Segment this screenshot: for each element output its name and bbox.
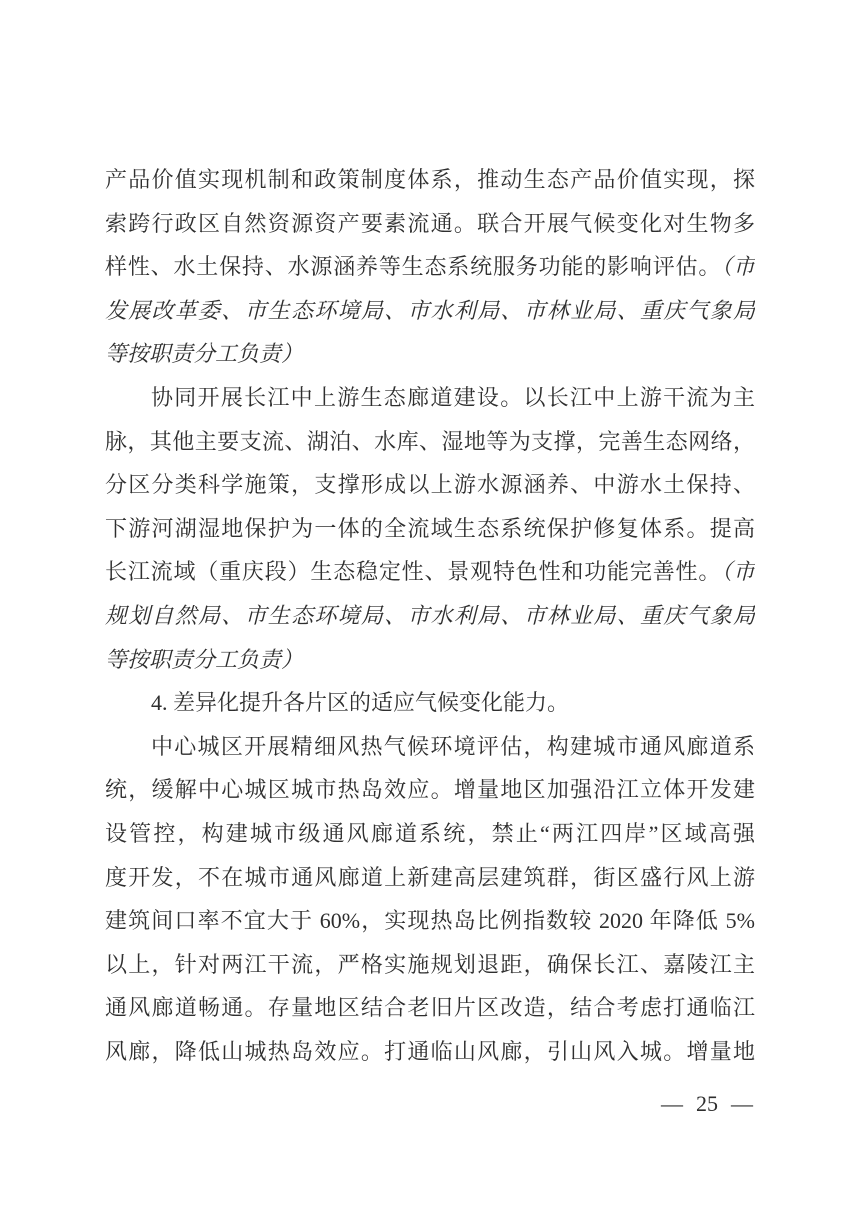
text-segment-kaiti: 规划自然局、市生态环境局、市水利局、市林业局、重庆气象局 <box>105 603 755 628</box>
text-segment-kaiti: （市 <box>721 559 755 584</box>
text-segment-kaiti: 发展改革委、市生态环境局、市水利局、市林业局、重庆气象局 <box>105 298 755 323</box>
text-segment: 设管控，构建城市级通风廊道系统，禁止“两江四岸”区域高强 <box>105 821 755 846</box>
text-segment: 统，缓解中心城区城市热岛效应。增量地区加强沿江立体开发建 <box>105 777 755 802</box>
text-line: 等按职责分工负责） <box>105 332 755 376</box>
text-line: 等按职责分工负责） <box>105 638 755 682</box>
text-line: 中心城区开展精细风热气候环境评估，构建城市通风廊道系 <box>105 725 755 769</box>
text-segment-kaiti: 等按职责分工负责） <box>105 341 303 366</box>
text-line: 分区分类科学施策，支撑形成以上游水源涵养、中游水土保持、 <box>105 463 755 507</box>
document-page: 产品价值实现机制和政策制度体系，推动生态产品价值实现，探索跨行政区自然资源资产要… <box>0 0 868 1228</box>
text-segment: 以上，针对两江干流，严格实施规划退距，确保长江、嘉陵江主 <box>105 952 755 977</box>
text-line: 设管控，构建城市级通风廊道系统，禁止“两江四岸”区域高强 <box>105 812 755 856</box>
text-line: 规划自然局、市生态环境局、市水利局、市林业局、重庆气象局 <box>105 594 755 638</box>
document-body: 产品价值实现机制和政策制度体系，推动生态产品价值实现，探索跨行政区自然资源资产要… <box>105 158 755 1073</box>
text-line: 度开发，不在城市通风廊道上新建高层建筑群，街区盛行风上游 <box>105 856 755 900</box>
text-line: 建筑间口率不宜大于 60%，实现热岛比例指数较 2020 年降低 5% <box>105 899 755 943</box>
text-segment: 建筑间口率不宜大于 60%，实现热岛比例指数较 2020 年降低 5% <box>105 908 755 933</box>
text-segment: 4. 差异化提升各片区的适应气候变化能力。 <box>151 690 569 715</box>
text-line: 风廊，降低山城热岛效应。打通临山风廊，引山风入城。增量地 <box>105 1030 755 1074</box>
text-line: 统，缓解中心城区城市热岛效应。增量地区加强沿江立体开发建 <box>105 768 755 812</box>
text-line: 产品价值实现机制和政策制度体系，推动生态产品价值实现，探 <box>105 158 755 202</box>
text-segment: 索跨行政区自然资源资产要素流通。联合开展气候变化对生物多 <box>105 211 755 236</box>
footer-dash-left: — <box>661 1092 683 1116</box>
page-number: 25 <box>696 1092 718 1116</box>
text-segment: 通风廊道畅通。存量地区结合老旧片区改造，结合考虑打通临江 <box>105 995 755 1020</box>
text-line: 脉，其他主要支流、湖泊、水库、湿地等为支撑，完善生态网络， <box>105 420 755 464</box>
text-segment: 产品价值实现机制和政策制度体系，推动生态产品价值实现，探 <box>105 167 755 192</box>
text-line: 协同开展长江中上游生态廊道建设。以长江中上游干流为主 <box>105 376 755 420</box>
text-segment: 脉，其他主要支流、湖泊、水库、湿地等为支撑，完善生态网络， <box>105 429 755 454</box>
text-segment: 中心城区开展精细风热气候环境评估，构建城市通风廊道系 <box>151 734 755 759</box>
text-segment: 分区分类科学施策，支撑形成以上游水源涵养、中游水土保持、 <box>105 472 755 497</box>
text-segment: 协同开展长江中上游生态廊道建设。以长江中上游干流为主 <box>151 385 755 410</box>
text-line: 以上，针对两江干流，严格实施规划退距，确保长江、嘉陵江主 <box>105 943 755 987</box>
text-line: 长江流域（重庆段）生态稳定性、景观特色性和功能完善性。（市 <box>105 550 755 594</box>
text-segment: 长江流域（重庆段）生态稳定性、景观特色性和功能完善性。 <box>105 559 721 584</box>
text-line: 通风廊道畅通。存量地区结合老旧片区改造，结合考虑打通临江 <box>105 986 755 1030</box>
text-line: 索跨行政区自然资源资产要素流通。联合开展气候变化对生物多 <box>105 202 755 246</box>
text-segment-kaiti: 等按职责分工负责） <box>105 647 303 672</box>
text-segment: 度开发，不在城市通风廊道上新建高层建筑群，街区盛行风上游 <box>105 865 755 890</box>
text-line: 下游河湖湿地保护为一体的全流域生态系统保护修复体系。提高 <box>105 507 755 551</box>
text-line: 4. 差异化提升各片区的适应气候变化能力。 <box>105 681 755 725</box>
text-segment: 下游河湖湿地保护为一体的全流域生态系统保护修复体系。提高 <box>105 516 755 541</box>
text-segment: 风廊，降低山城热岛效应。打通临山风廊，引山风入城。增量地 <box>105 1039 755 1064</box>
text-line: 发展改革委、市生态环境局、市水利局、市林业局、重庆气象局 <box>105 289 755 333</box>
text-segment-kaiti: （市 <box>721 254 755 279</box>
page-footer: — 25 — <box>661 1092 753 1116</box>
text-line: 样性、水土保持、水源涵养等生态系统服务功能的影响评估。（市 <box>105 245 755 289</box>
text-segment: 样性、水土保持、水源涵养等生态系统服务功能的影响评估。 <box>105 254 721 279</box>
footer-dash-right: — <box>731 1092 753 1116</box>
